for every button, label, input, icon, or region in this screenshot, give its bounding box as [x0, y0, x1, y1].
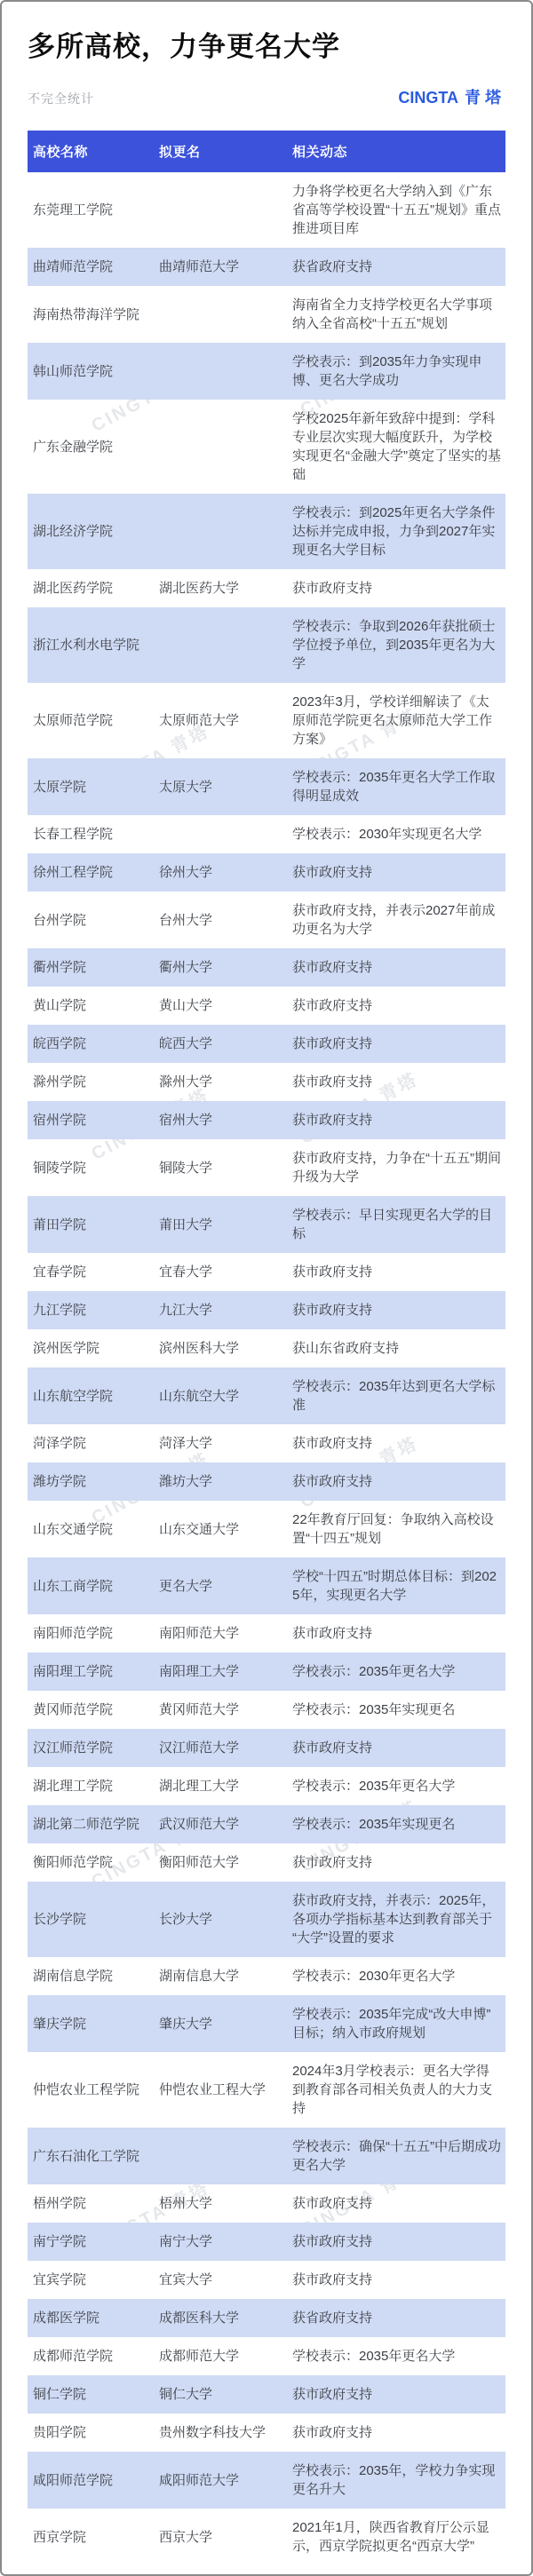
cell-proposed-name — [154, 172, 287, 248]
cell-proposed-name: 徐州大学 — [154, 853, 287, 892]
cell-related-news: 获市政府支持 — [287, 1063, 505, 1101]
cell-school-name: 贵阳学院 — [28, 2414, 154, 2452]
cell-related-news: 获市政府支持 — [287, 2375, 505, 2414]
cell-school-name: 海南热带海洋学院 — [28, 286, 154, 343]
column-header-school-name: 高校名称 — [28, 131, 154, 172]
cell-related-news: 获市政府支持 — [287, 1291, 505, 1329]
cell-proposed-name: 黄冈师范大学 — [154, 1691, 287, 1729]
cell-related-news: 海南省全力支持学校更名大学事项纳入全省高校“十五五”规划 — [287, 286, 505, 343]
table-row: 铜仁学院铜仁大学获市政府支持 — [28, 2375, 505, 2414]
cell-related-news: 获省政府支持 — [287, 2299, 505, 2337]
cell-school-name: 山东交通学院 — [28, 1501, 154, 1557]
table-row: 菏泽学院菏泽大学获市政府支持 — [28, 1424, 505, 1462]
cell-proposed-name: 仲恺农业工程大学 — [154, 2052, 287, 2128]
table-row: 黄山学院黄山大学获市政府支持 — [28, 987, 505, 1025]
table-header-row: 高校名称 拟更名 相关动态 — [28, 131, 505, 172]
cell-proposed-name: 南宁大学 — [154, 2223, 287, 2261]
cell-school-name: 成都师范学院 — [28, 2337, 154, 2375]
cell-related-news: 获市政府支持 — [287, 1025, 505, 1063]
cell-school-name: 浙江水利水电学院 — [28, 607, 154, 683]
cell-proposed-name: 莆田大学 — [154, 1196, 287, 1253]
cell-proposed-name: 铜陵大学 — [154, 1139, 287, 1196]
table-row: 莆田学院莆田大学学校表示：早日实现更名大学的目标 — [28, 1196, 505, 1253]
cell-related-news: 学校表示：早日实现更名大学的目标 — [287, 1196, 505, 1253]
cell-proposed-name: 汉江师范大学 — [154, 1729, 287, 1767]
cell-proposed-name: 宿州大学 — [154, 1101, 287, 1139]
cell-school-name: 咸阳师范学院 — [28, 2452, 154, 2509]
cell-proposed-name: 湖北理工大学 — [154, 1767, 287, 1805]
cell-school-name: 黄山学院 — [28, 987, 154, 1025]
cell-school-name: 西京学院 — [28, 2509, 154, 2565]
cell-proposed-name — [154, 2128, 287, 2184]
cell-proposed-name: 九江大学 — [154, 1291, 287, 1329]
cell-related-news: 获市政府支持 — [287, 2223, 505, 2261]
table-row: 长沙学院长沙大学获市政府支持，并表示：2025年，各项办学指标基本达到教育部关于… — [28, 1882, 505, 1957]
cell-proposed-name: 衢州大学 — [154, 948, 287, 987]
table-row: 成都医学院成都医科大学获省政府支持 — [28, 2299, 505, 2337]
cell-school-name: 衡阳师范学院 — [28, 1843, 154, 1882]
cell-proposed-name — [154, 607, 287, 683]
table-row: 咸阳师范学院咸阳师范大学学校表示：2035年，学校力争实现更名升大 — [28, 2452, 505, 2509]
table-row: 山东工商学院更名大学学校“十四五”时期总体目标：到2025年，实现更名大学 — [28, 1557, 505, 1614]
table-row: 曲靖师范学院曲靖师范大学获省政府支持 — [28, 248, 505, 286]
cell-proposed-name: 衡阳师范大学 — [154, 1843, 287, 1882]
cell-related-news: 获市政府支持 — [287, 2414, 505, 2452]
cell-proposed-name — [154, 815, 287, 853]
cell-proposed-name: 台州大学 — [154, 892, 287, 948]
cell-school-name: 台州学院 — [28, 892, 154, 948]
cell-school-name: 宜春学院 — [28, 1253, 154, 1291]
table-row: 汉江师范学院汉江师范大学获市政府支持 — [28, 1729, 505, 1767]
cell-school-name: 湖北理工学院 — [28, 1767, 154, 1805]
universities-table: 高校名称 拟更名 相关动态 东莞理工学院力争将学校更名大学纳入到《广东省高等学校… — [28, 131, 505, 2565]
cell-related-news: 获市政府支持，力争在“十五五”期间升级为大学 — [287, 1139, 505, 1196]
cell-school-name: 广东金融学院 — [28, 400, 154, 494]
cell-school-name: 汉江师范学院 — [28, 1729, 154, 1767]
cell-proposed-name: 太原师范大学 — [154, 683, 287, 758]
table-row: 南阳师范学院南阳师范大学获市政府支持 — [28, 1614, 505, 1653]
cell-proposed-name — [154, 400, 287, 494]
page: 多所高校，力争更名大学 不完全统计 CINGTA青塔 高校名称 拟更名 相关动态… — [0, 24, 533, 2565]
cell-proposed-name: 潍坊大学 — [154, 1462, 287, 1501]
cell-school-name: 长春工程学院 — [28, 815, 154, 853]
cell-proposed-name: 咸阳师范大学 — [154, 2452, 287, 2509]
cell-related-news: 获市政府支持 — [287, 853, 505, 892]
cell-school-name: 湖北第二师范学院 — [28, 1805, 154, 1843]
cell-proposed-name: 梧州大学 — [154, 2184, 287, 2223]
table-row: 韩山师范学院学校表示：到2035年力争实现申博、更名大学成功 — [28, 343, 505, 400]
cell-proposed-name: 肇庆大学 — [154, 1995, 287, 2052]
cell-related-news: 获市政府支持 — [287, 1729, 505, 1767]
cell-proposed-name: 曲靖师范大学 — [154, 248, 287, 286]
cell-school-name: 宿州学院 — [28, 1101, 154, 1139]
cingta-logo: CINGTA青塔 — [398, 85, 505, 108]
cell-proposed-name: 成都医科大学 — [154, 2299, 287, 2337]
column-header-related-news: 相关动态 — [287, 131, 505, 172]
table-row: 黄冈师范学院黄冈师范大学学校表示：2035年实现更名 — [28, 1691, 505, 1729]
table-row: 长春工程学院学校表示：2030年实现更名大学 — [28, 815, 505, 853]
cell-school-name: 铜仁学院 — [28, 2375, 154, 2414]
table-row: 湖北理工学院湖北理工大学学校表示：2035年更名大学 — [28, 1767, 505, 1805]
cell-related-news: 学校表示：争取到2026年获批硕士学位授予单位，到2035年更名为大学 — [287, 607, 505, 683]
table-row: 湖北医药学院湖北医药大学获市政府支持 — [28, 569, 505, 607]
cell-school-name: 湖北医药学院 — [28, 569, 154, 607]
table-row: 九江学院九江大学获市政府支持 — [28, 1291, 505, 1329]
table-row: 宿州学院宿州大学获市政府支持 — [28, 1101, 505, 1139]
cell-school-name: 九江学院 — [28, 1291, 154, 1329]
cell-related-news: 学校表示：2035年更名大学工作取得明显成效 — [287, 758, 505, 815]
cell-proposed-name: 皖西大学 — [154, 1025, 287, 1063]
table-body: 东莞理工学院力争将学校更名大学纳入到《广东省高等学校设置“十五五”规划》重点推进… — [28, 172, 505, 2565]
cell-related-news: 获市政府支持，并表示：2025年，各项办学指标基本达到教育部关于“大学”设置的要… — [287, 1882, 505, 1957]
meta-row: 不完全统计 CINGTA青塔 — [28, 85, 505, 108]
cell-school-name: 皖西学院 — [28, 1025, 154, 1063]
cell-school-name: 滁州学院 — [28, 1063, 154, 1101]
cell-school-name: 潍坊学院 — [28, 1462, 154, 1501]
cell-related-news: 获市政府支持 — [287, 987, 505, 1025]
cell-related-news: 学校表示：2035年更名大学 — [287, 2337, 505, 2375]
table-row: 铜陵学院铜陵大学获市政府支持，力争在“十五五”期间升级为大学 — [28, 1139, 505, 1196]
table-row: 湖北第二师范学院武汉师范大学学校表示：2035年实现更名 — [28, 1805, 505, 1843]
cell-school-name: 成都医学院 — [28, 2299, 154, 2337]
table-row: 山东交通学院山东交通大学22年教育厅回复：争取纳入高校设置“十四五”规划 — [28, 1501, 505, 1557]
cell-school-name: 滨州医学院 — [28, 1329, 154, 1367]
cell-related-news: 获市政府支持 — [287, 1253, 505, 1291]
column-header-proposed-name: 拟更名 — [154, 131, 287, 172]
cell-proposed-name: 湖南信息大学 — [154, 1957, 287, 1995]
table-row: 广东石油化工学院学校表示：确保“十五五”中后期成功更名大学 — [28, 2128, 505, 2184]
table-row: 南阳理工学院南阳理工大学学校表示：2035年更名大学 — [28, 1653, 505, 1691]
cell-related-news: 获市政府支持 — [287, 948, 505, 987]
table-row: 贵阳学院贵州数字科技大学获市政府支持 — [28, 2414, 505, 2452]
logo-text-cn: 青塔 — [465, 89, 505, 107]
cell-school-name: 菏泽学院 — [28, 1424, 154, 1462]
table-row: 太原学院太原大学学校表示：2035年更名大学工作取得明显成效 — [28, 758, 505, 815]
cell-related-news: 获市政府支持 — [287, 2261, 505, 2299]
cell-proposed-name: 长沙大学 — [154, 1882, 287, 1957]
cell-school-name: 广东石油化工学院 — [28, 2128, 154, 2184]
cell-proposed-name: 宜宾大学 — [154, 2261, 287, 2299]
table-row: 成都师范学院成都师范大学学校表示：2035年更名大学 — [28, 2337, 505, 2375]
cell-related-news: 学校表示：2035年实现更名 — [287, 1805, 505, 1843]
table-row: 广东金融学院学校2025年新年致辞中提到：学科专业层次实现大幅度跃升，为学校实现… — [28, 400, 505, 494]
cell-related-news: 获市政府支持 — [287, 1843, 505, 1882]
cell-school-name: 黄冈师范学院 — [28, 1691, 154, 1729]
cell-proposed-name: 铜仁大学 — [154, 2375, 287, 2414]
cell-related-news: 学校表示：2035年实现更名 — [287, 1691, 505, 1729]
cell-related-news: 学校“十四五”时期总体目标：到2025年，实现更名大学 — [287, 1557, 505, 1614]
table-row: 潍坊学院潍坊大学获市政府支持 — [28, 1462, 505, 1501]
cell-proposed-name: 菏泽大学 — [154, 1424, 287, 1462]
table-row: 东莞理工学院力争将学校更名大学纳入到《广东省高等学校设置“十五五”规划》重点推进… — [28, 172, 505, 248]
table-row: 宜春学院宜春大学获市政府支持 — [28, 1253, 505, 1291]
cell-related-news: 学校表示：到2035年力争实现申博、更名大学成功 — [287, 343, 505, 400]
cell-related-news: 2024年3月学校表示：更名大学得到教育部各司相关负责人的大力支持 — [287, 2052, 505, 2128]
cell-related-news: 学校表示：2035年更名大学 — [287, 1767, 505, 1805]
cell-proposed-name: 成都师范大学 — [154, 2337, 287, 2375]
cell-school-name: 梧州学院 — [28, 2184, 154, 2223]
cell-school-name: 太原学院 — [28, 758, 154, 815]
cell-school-name: 山东航空学院 — [28, 1367, 154, 1424]
table-row: 湖南信息学院湖南信息大学学校表示：2030年更名大学 — [28, 1957, 505, 1995]
cell-school-name: 徐州工程学院 — [28, 853, 154, 892]
logo-text-en: CINGTA — [398, 89, 458, 107]
cell-related-news: 2021年1月，陕西省教育厅公示显示，西京学院拟更名“西京大学” — [287, 2509, 505, 2565]
cell-related-news: 获市政府支持 — [287, 1101, 505, 1139]
cell-school-name: 南阳师范学院 — [28, 1614, 154, 1653]
cell-school-name: 太原师范学院 — [28, 683, 154, 758]
cell-proposed-name: 贵州数字科技大学 — [154, 2414, 287, 2452]
table-row: 徐州工程学院徐州大学获市政府支持 — [28, 853, 505, 892]
cell-proposed-name: 武汉师范大学 — [154, 1805, 287, 1843]
cell-proposed-name — [154, 494, 287, 569]
table-row: 衡阳师范学院衡阳师范大学获市政府支持 — [28, 1843, 505, 1882]
table-row: 浙江水利水电学院学校表示：争取到2026年获批硕士学位授予单位，到2035年更名… — [28, 607, 505, 683]
cell-related-news: 学校2025年新年致辞中提到：学科专业层次实现大幅度跃升，为学校实现更名“金融大… — [287, 400, 505, 494]
table-row: 西京学院西京大学2021年1月，陕西省教育厅公示显示，西京学院拟更名“西京大学” — [28, 2509, 505, 2565]
cell-related-news: 学校表示：确保“十五五”中后期成功更名大学 — [287, 2128, 505, 2184]
cell-school-name: 南宁学院 — [28, 2223, 154, 2261]
table-row: 太原师范学院太原师范大学2023年3月，学校详细解读了《太原师范学院更名太原师范… — [28, 683, 505, 758]
cell-proposed-name: 黄山大学 — [154, 987, 287, 1025]
cell-school-name: 韩山师范学院 — [28, 343, 154, 400]
page-title: 多所高校，力争更名大学 — [28, 24, 505, 64]
cell-related-news: 学校表示：2030年实现更名大学 — [287, 815, 505, 853]
cell-related-news: 22年教育厅回复：争取纳入高校设置“十四五”规划 — [287, 1501, 505, 1557]
table-row: 海南热带海洋学院海南省全力支持学校更名大学事项纳入全省高校“十五五”规划 — [28, 286, 505, 343]
cell-proposed-name: 湖北医药大学 — [154, 569, 287, 607]
table-row: 南宁学院南宁大学获市政府支持 — [28, 2223, 505, 2261]
cell-school-name: 仲恺农业工程学院 — [28, 2052, 154, 2128]
cell-related-news: 2023年3月，学校详细解读了《太原师范学院更名太原师范大学工作方案》 — [287, 683, 505, 758]
cell-proposed-name: 南阳理工大学 — [154, 1653, 287, 1691]
cell-proposed-name: 更名大学 — [154, 1557, 287, 1614]
cell-proposed-name — [154, 343, 287, 400]
cell-proposed-name: 山东航空大学 — [154, 1367, 287, 1424]
table-row: 衢州学院衢州大学获市政府支持 — [28, 948, 505, 987]
table-row: 梧州学院梧州大学获市政府支持 — [28, 2184, 505, 2223]
cell-related-news: 获山东省政府支持 — [287, 1329, 505, 1367]
cell-school-name: 肇庆学院 — [28, 1995, 154, 2052]
cell-proposed-name: 南阳师范大学 — [154, 1614, 287, 1653]
cell-proposed-name: 滁州大学 — [154, 1063, 287, 1101]
cell-proposed-name: 宜春大学 — [154, 1253, 287, 1291]
cell-school-name: 山东工商学院 — [28, 1557, 154, 1614]
cell-proposed-name — [154, 286, 287, 343]
cell-related-news: 获市政府支持 — [287, 2184, 505, 2223]
table-header: 高校名称 拟更名 相关动态 — [28, 131, 505, 172]
cell-related-news: 获市政府支持，并表示2027年前成功更名为大学 — [287, 892, 505, 948]
cell-school-name: 长沙学院 — [28, 1882, 154, 1957]
table-row: 滁州学院滁州大学获市政府支持 — [28, 1063, 505, 1101]
cell-related-news: 学校表示：2035年完成“改大申博”目标；纳入市政府规划 — [287, 1995, 505, 2052]
cell-related-news: 学校表示：到2025年更名大学条件达标并完成申报，力争到2027年实现更名大学目… — [287, 494, 505, 569]
cell-school-name: 莆田学院 — [28, 1196, 154, 1253]
subtitle-note: 不完全统计 — [28, 90, 94, 107]
table-row: 山东航空学院山东航空大学学校表示：2035年达到更名大学标准 — [28, 1367, 505, 1424]
cell-related-news: 学校表示：2035年更名大学 — [287, 1653, 505, 1691]
table-row: 肇庆学院肇庆大学学校表示：2035年完成“改大申博”目标；纳入市政府规划 — [28, 1995, 505, 2052]
cell-school-name: 湖北经济学院 — [28, 494, 154, 569]
cell-related-news: 获市政府支持 — [287, 569, 505, 607]
cell-school-name: 南阳理工学院 — [28, 1653, 154, 1691]
cell-related-news: 学校表示：2035年，学校力争实现更名升大 — [287, 2452, 505, 2509]
table-row: 宜宾学院宜宾大学获市政府支持 — [28, 2261, 505, 2299]
cell-related-news: 力争将学校更名大学纳入到《广东省高等学校设置“十五五”规划》重点推进项目库 — [287, 172, 505, 248]
table-row: 皖西学院皖西大学获市政府支持 — [28, 1025, 505, 1063]
table-row: 湖北经济学院学校表示：到2025年更名大学条件达标并完成申报，力争到2027年实… — [28, 494, 505, 569]
table-row: 台州学院台州大学获市政府支持，并表示2027年前成功更名为大学 — [28, 892, 505, 948]
cell-school-name: 宜宾学院 — [28, 2261, 154, 2299]
cell-proposed-name: 西京大学 — [154, 2509, 287, 2565]
cell-proposed-name: 太原大学 — [154, 758, 287, 815]
cell-related-news: 获市政府支持 — [287, 1424, 505, 1462]
cell-school-name: 湖南信息学院 — [28, 1957, 154, 1995]
table-row: 滨州医学院滨州医科大学获山东省政府支持 — [28, 1329, 505, 1367]
cell-related-news: 学校表示：2030年更名大学 — [287, 1957, 505, 1995]
cell-related-news: 获市政府支持 — [287, 1614, 505, 1653]
cell-proposed-name: 滨州医科大学 — [154, 1329, 287, 1367]
cell-school-name: 铜陵学院 — [28, 1139, 154, 1196]
cell-related-news: 获市政府支持 — [287, 1462, 505, 1501]
cell-school-name: 衢州学院 — [28, 948, 154, 987]
cell-related-news: 学校表示：2035年达到更名大学标准 — [287, 1367, 505, 1424]
cell-proposed-name: 山东交通大学 — [154, 1501, 287, 1557]
cell-school-name: 东莞理工学院 — [28, 172, 154, 248]
cell-school-name: 曲靖师范学院 — [28, 248, 154, 286]
table-row: 仲恺农业工程学院仲恺农业工程大学2024年3月学校表示：更名大学得到教育部各司相… — [28, 2052, 505, 2128]
cell-related-news: 获省政府支持 — [287, 248, 505, 286]
